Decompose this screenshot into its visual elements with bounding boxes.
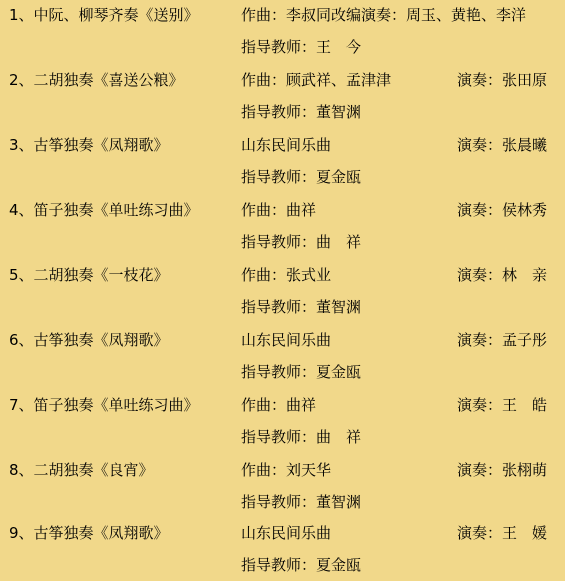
instructor: 指导教师：夏金瓯	[241, 554, 361, 576]
piece-title: 2、二胡独奏《喜送公粮》	[9, 69, 184, 91]
performer: 演奏：王 皓	[457, 394, 547, 416]
program-item-8: 8、二胡独奏《良宵》 作曲：刘天华 演奏：张栩萌 指导教师：董智渊	[0, 455, 565, 519]
composer: 作曲：曲祥	[241, 199, 316, 221]
composer: 山东民间乐曲	[241, 329, 331, 351]
performer: 演奏：林 亲	[457, 264, 547, 286]
piece-title: 9、古筝独奏《凤翔歌》	[9, 522, 169, 544]
program-item-6: 6、古筝独奏《凤翔歌》 山东民间乐曲 演奏：孟子彤 指导教师：夏金瓯	[0, 325, 565, 389]
program-item-1: 1、中阮、柳琴齐奏《送别》 作曲：李叔同改编演奏：周玉、黄艳、李洋 指导教师：王…	[0, 0, 565, 64]
composer: 作曲：张式业	[241, 264, 331, 286]
program-item-9: 9、古筝独奏《凤翔歌》 山东民间乐曲 演奏：王 媛 指导教师：夏金瓯	[0, 518, 565, 581]
piece-title: 6、古筝独奏《凤翔歌》	[9, 329, 169, 351]
piece-title: 3、古筝独奏《凤翔歌》	[9, 134, 169, 156]
composer: 作曲：曲祥	[241, 394, 316, 416]
instructor: 指导教师：夏金瓯	[241, 166, 361, 188]
instructor: 指导教师：曲 祥	[241, 231, 361, 253]
composer: 山东民间乐曲	[241, 134, 331, 156]
instructor: 指导教师：董智渊	[241, 296, 361, 318]
piece-title: 4、笛子独奏《单吐练习曲》	[9, 199, 199, 221]
composer-and-performers: 作曲：李叔同改编演奏：周玉、黄艳、李洋	[241, 4, 526, 26]
performer: 演奏：孟子彤	[457, 329, 547, 351]
piece-title: 1、中阮、柳琴齐奏《送别》	[9, 4, 199, 26]
composer: 作曲：顾武祥、孟津津	[241, 69, 391, 91]
instructor: 指导教师：董智渊	[241, 491, 361, 513]
instructor: 指导教师：曲 祥	[241, 426, 361, 448]
piece-title: 7、笛子独奏《单吐练习曲》	[9, 394, 199, 416]
performer: 演奏：侯林秀	[457, 199, 547, 221]
performer: 演奏：王 媛	[457, 522, 547, 544]
program-item-3: 3、古筝独奏《凤翔歌》 山东民间乐曲 演奏：张晨曦 指导教师：夏金瓯	[0, 130, 565, 194]
instructor: 指导教师：王 今	[241, 36, 361, 58]
program-item-5: 5、二胡独奏《一枝花》 作曲：张式业 演奏：林 亲 指导教师：董智渊	[0, 260, 565, 324]
instructor: 指导教师：夏金瓯	[241, 361, 361, 383]
instructor: 指导教师：董智渊	[241, 101, 361, 123]
performer: 演奏：张田原	[457, 69, 547, 91]
piece-title: 5、二胡独奏《一枝花》	[9, 264, 169, 286]
program-item-7: 7、笛子独奏《单吐练习曲》 作曲：曲祥 演奏：王 皓 指导教师：曲 祥	[0, 390, 565, 454]
composer: 山东民间乐曲	[241, 522, 331, 544]
composer: 作曲：刘天华	[241, 459, 331, 481]
program-item-2: 2、二胡独奏《喜送公粮》 作曲：顾武祥、孟津津 演奏：张田原 指导教师：董智渊	[0, 65, 565, 129]
piece-title: 8、二胡独奏《良宵》	[9, 459, 154, 481]
performer: 演奏：张晨曦	[457, 134, 547, 156]
performer: 演奏：张栩萌	[457, 459, 547, 481]
concert-program-list: 1、中阮、柳琴齐奏《送别》 作曲：李叔同改编演奏：周玉、黄艳、李洋 指导教师：王…	[0, 0, 565, 581]
program-item-4: 4、笛子独奏《单吐练习曲》 作曲：曲祥 演奏：侯林秀 指导教师：曲 祥	[0, 195, 565, 259]
